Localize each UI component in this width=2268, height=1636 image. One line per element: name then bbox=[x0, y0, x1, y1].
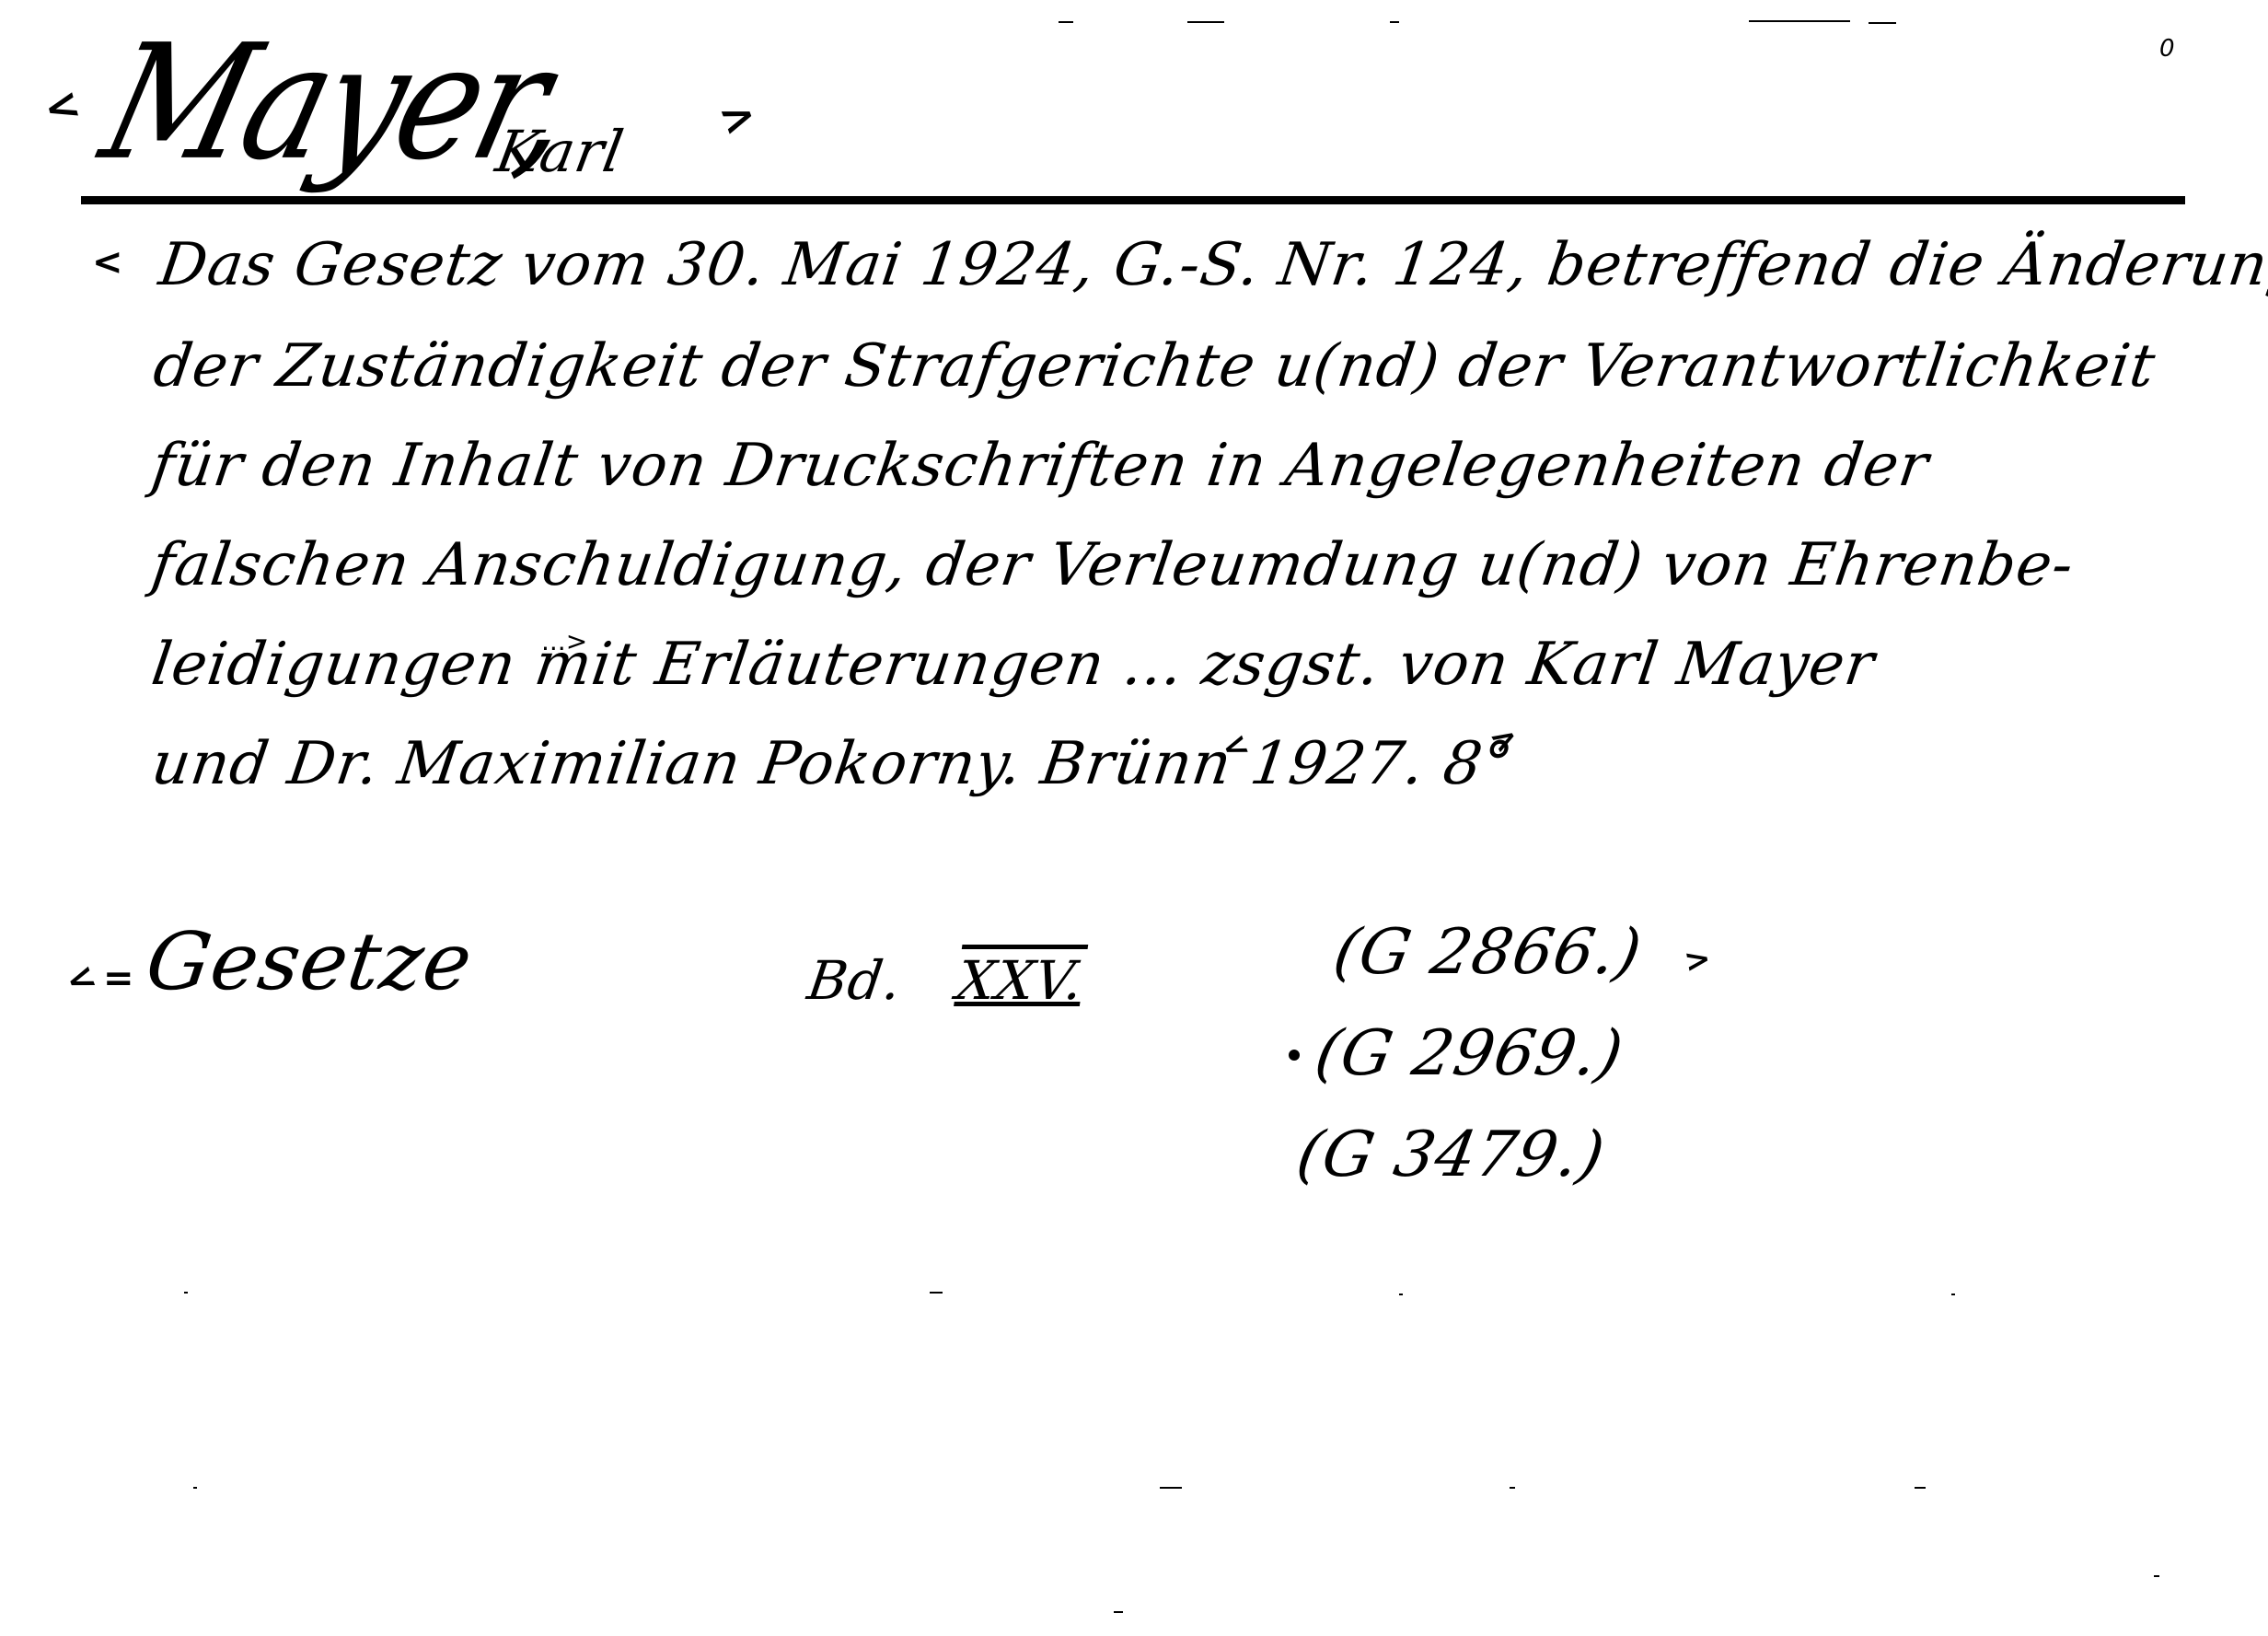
scan-speck bbox=[1390, 21, 1399, 23]
scan-speck bbox=[1114, 1611, 1123, 1613]
series-open-marker: < bbox=[60, 954, 102, 1004]
series-equals-sign: = bbox=[103, 957, 134, 1000]
heading-close-bracket: > bbox=[713, 91, 761, 143]
shelf-mark-1: (G 2866.) bbox=[1327, 911, 1649, 994]
entry-line-4: falschen Anschuldigung, der Verleumdung … bbox=[147, 528, 2078, 602]
scan-speck bbox=[184, 1292, 188, 1294]
heading-open-bracket: < bbox=[40, 81, 85, 131]
scan-speck bbox=[2154, 1575, 2159, 1577]
scan-speck bbox=[1059, 21, 1073, 23]
series-title: Gesetze bbox=[142, 921, 478, 1004]
shelf-mark-2: (G 2969.) bbox=[1309, 1013, 1630, 1096]
scan-speck bbox=[1915, 1487, 1926, 1489]
scan-speck bbox=[1187, 21, 1224, 23]
heading-given-name: Karl bbox=[492, 120, 629, 184]
entry-line-3: für den Inhalt von Druckschriften in Ang… bbox=[147, 429, 1934, 503]
scan-speck bbox=[1510, 1487, 1515, 1489]
shelf-close-marker: > bbox=[1681, 937, 1714, 983]
scan-speck bbox=[1869, 22, 1896, 24]
shelf-mark-3: (G 3479.) bbox=[1290, 1114, 1612, 1197]
entry-line-6: und Dr. Maximilian Pokorny. Brünn 1927. … bbox=[147, 727, 1518, 801]
scan-speck bbox=[1399, 1294, 1403, 1295]
entry-line-5: leidigungen mit Erläuterungen ... zsgst.… bbox=[147, 628, 1880, 702]
entry-line-2: der Zuständigkeit der Strafgerichte u(nd… bbox=[149, 330, 2160, 403]
scan-speck bbox=[930, 1292, 943, 1294]
corner-mark: 0 bbox=[2159, 35, 2175, 63]
insertion-arrow-mark: ...> bbox=[541, 621, 587, 663]
scan-speck bbox=[1951, 1294, 1955, 1295]
series-volume-label: Bd. bbox=[803, 939, 908, 1022]
scan-speck bbox=[1160, 1487, 1182, 1489]
ink-dot bbox=[1289, 1050, 1300, 1061]
scan-speck bbox=[193, 1487, 197, 1489]
catalog-card: 0 < Mayer, Karl > < Das Gesetz vom 30. M… bbox=[0, 0, 2268, 1636]
scan-speck bbox=[1749, 20, 1850, 22]
entry-line-1: Das Gesetz vom 30. Mai 1924, G.-S. Nr. 1… bbox=[155, 228, 2268, 302]
heading-rule bbox=[81, 196, 2185, 204]
series-volume-number: XXV. bbox=[952, 939, 1089, 1022]
entry-open-marker: < bbox=[92, 241, 123, 284]
